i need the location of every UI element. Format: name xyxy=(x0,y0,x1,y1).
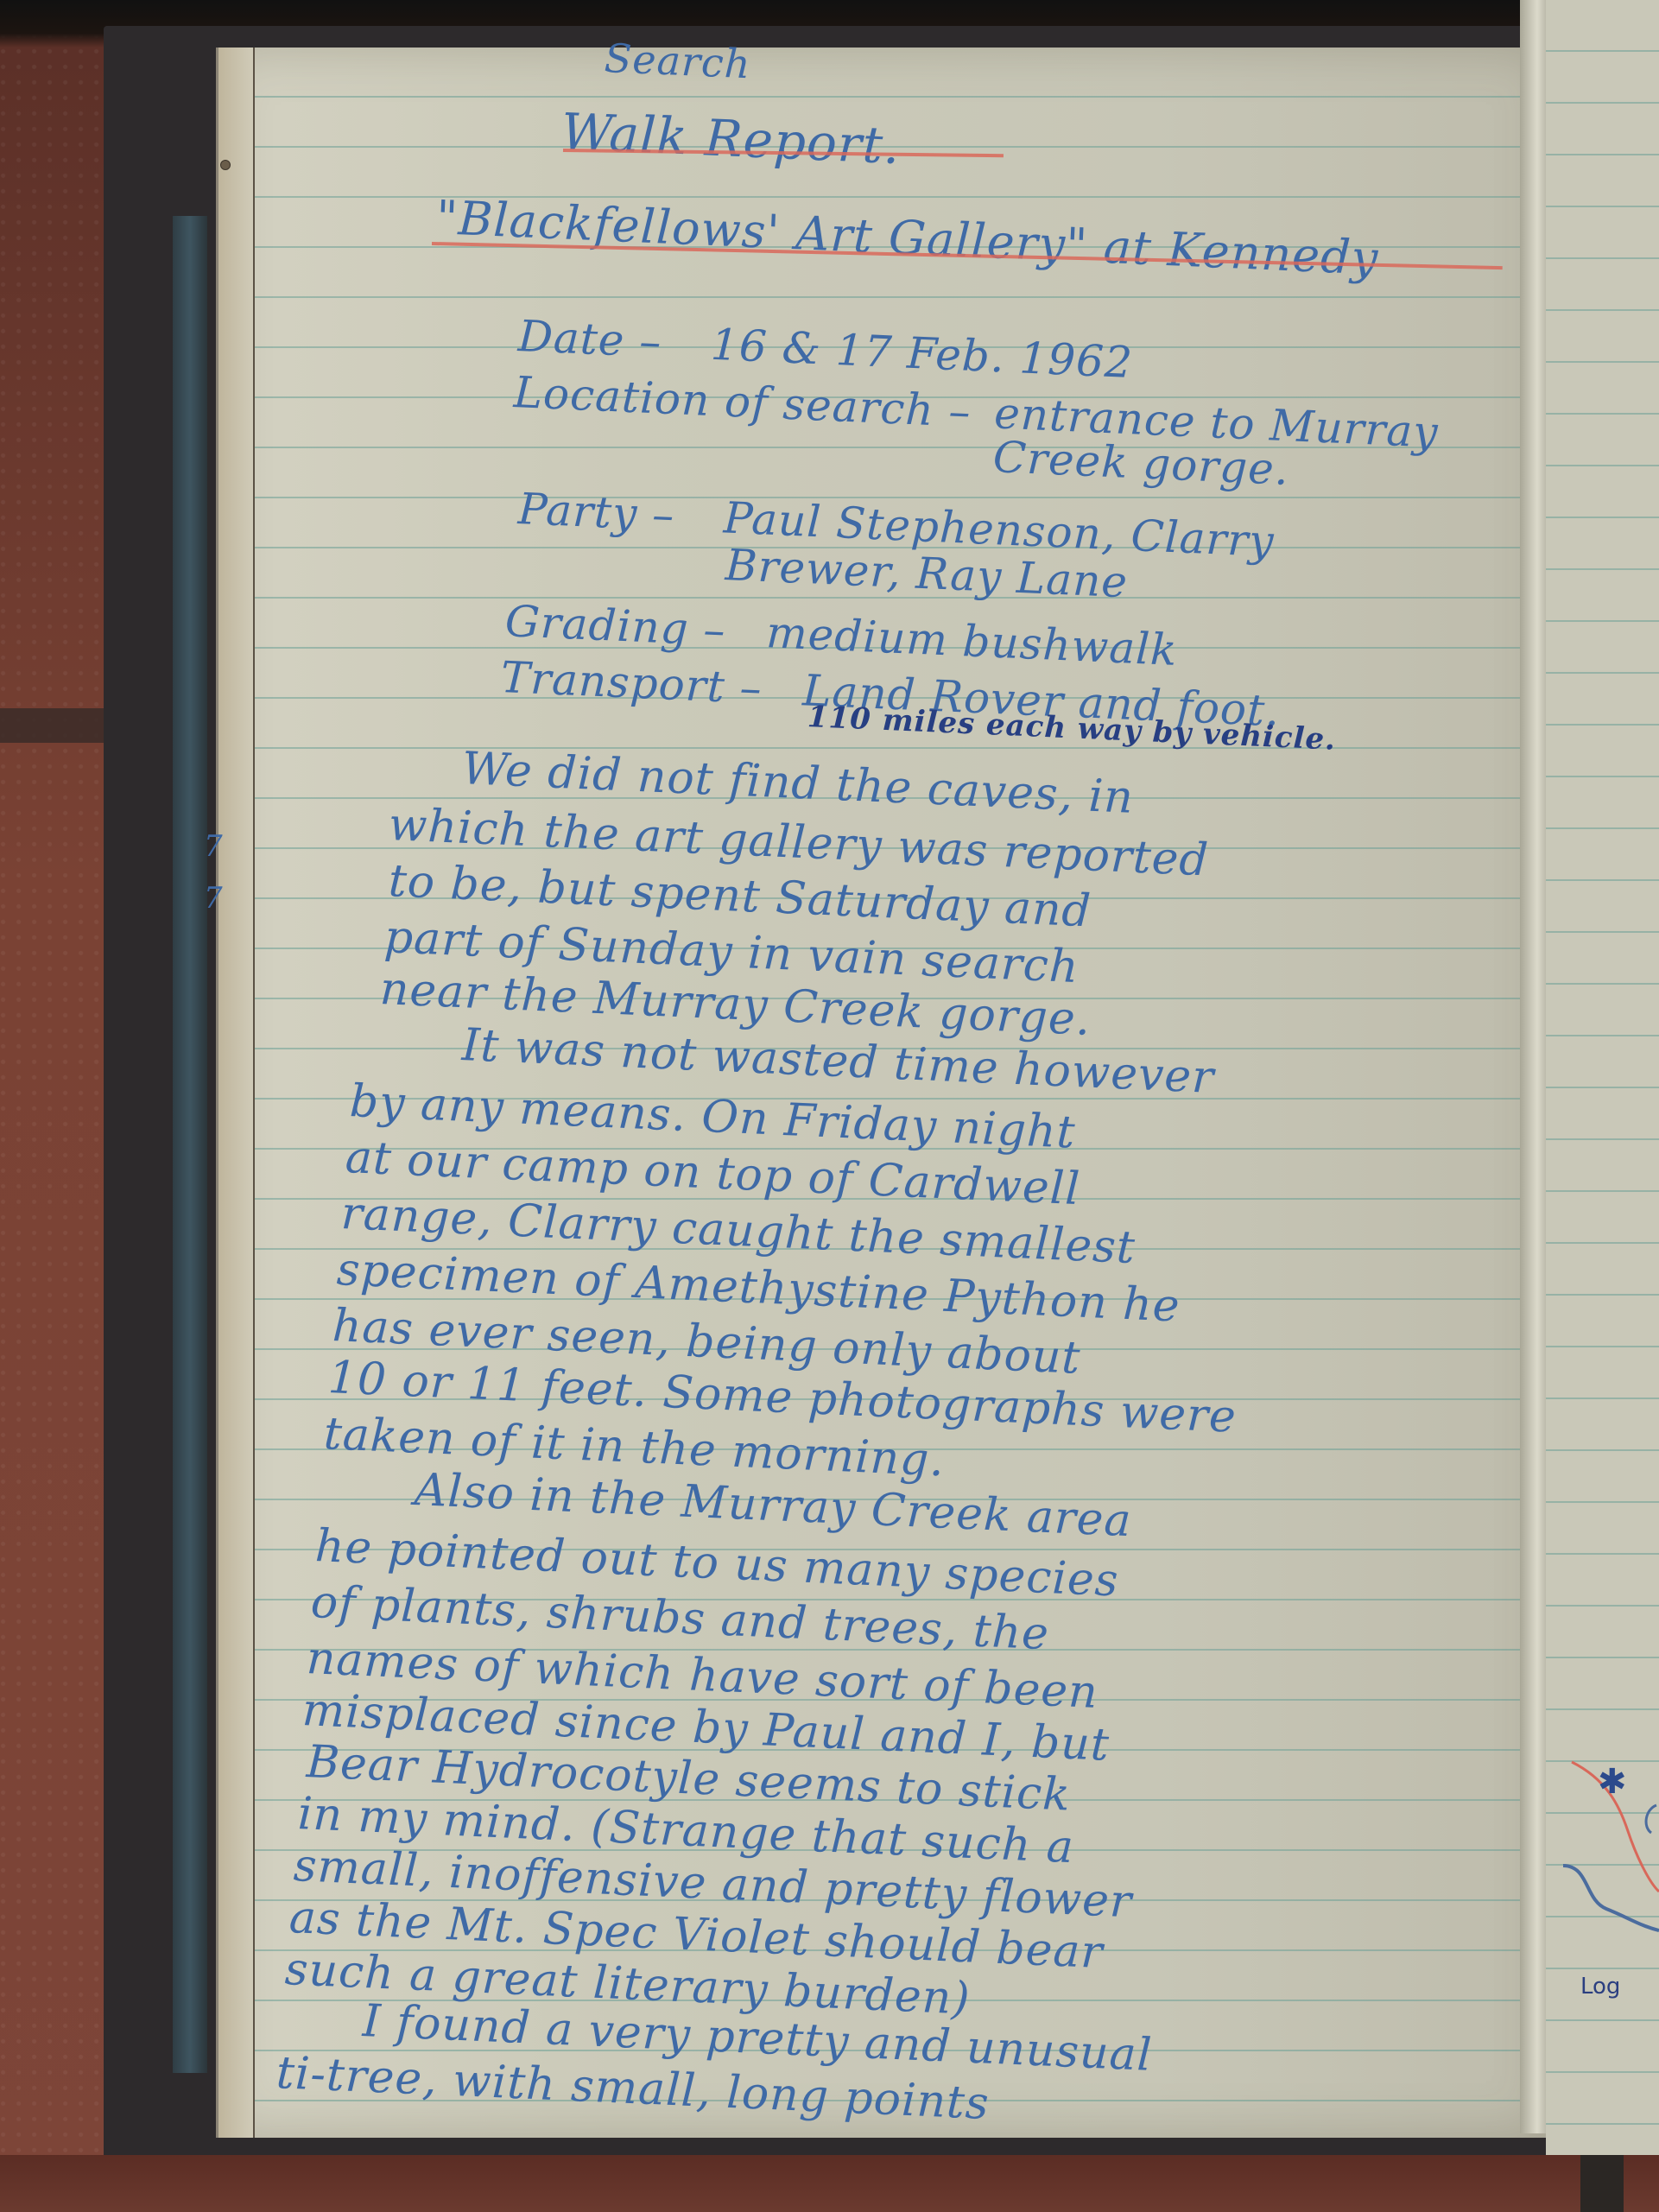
detail-label: Grading – xyxy=(504,596,727,656)
detail-label: Date – xyxy=(517,311,663,367)
detail-label: Party – xyxy=(517,484,676,541)
map-creek-mark xyxy=(1646,1805,1656,1833)
margin-mark: 7 xyxy=(204,829,224,864)
floor-bottom xyxy=(0,2155,1659,2212)
map-label: Log xyxy=(1580,1974,1620,2000)
map-river-line xyxy=(1563,1866,1659,1930)
margin-mark: 7 xyxy=(204,881,224,916)
heading-line-1: Search xyxy=(604,35,752,87)
map-star-icon: ✱ xyxy=(1598,1762,1627,1802)
notebook-binding xyxy=(173,216,207,2073)
page-hole xyxy=(220,160,231,170)
tile-grout-bottom xyxy=(1580,2155,1624,2212)
